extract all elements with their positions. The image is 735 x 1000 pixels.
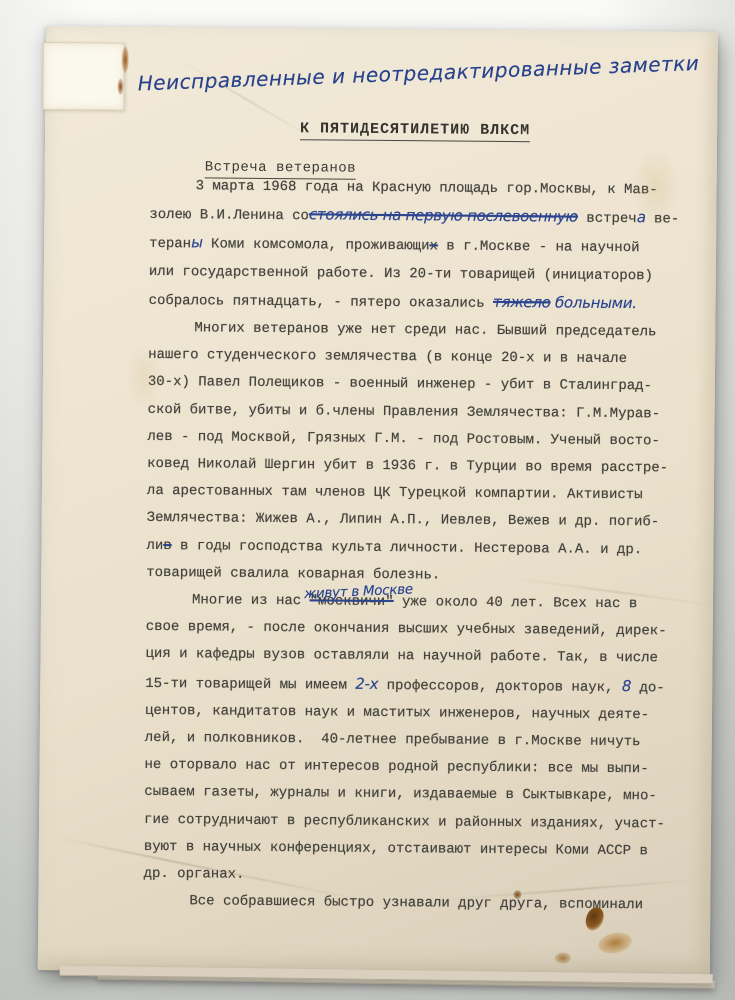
typed-text: до- <box>631 680 665 696</box>
typed-text: ция и кафедры вузов оставляли на научной… <box>145 646 658 666</box>
text-line: сываем газеты, журналы и книги, издаваем… <box>144 779 689 811</box>
text-line: ция и кафедры вузов оставляли на научной… <box>145 641 690 673</box>
handwritten-correction: ы <box>191 234 203 252</box>
typed-body: 3 марта 1968 года на Красную площадь гор… <box>143 173 694 920</box>
typed-text: Многих ветеранов уже нет среди нас. Бывш… <box>194 320 656 340</box>
text-line: 15-ти товарищей мы имеем 2-х профессоров… <box>145 669 690 703</box>
handwritten-correction-above: живут в Москве <box>303 576 413 608</box>
typed-text: профессоров, докторов наук, <box>378 678 622 696</box>
typed-text: нашего студенческого землячества (в конц… <box>148 347 627 367</box>
typed-text: Многие из нас <box>192 592 310 609</box>
typed-text: Все собравшиеся быстро узнавали друг дру… <box>189 894 643 914</box>
typed-text: центов, кандитатов наук и маститых инжен… <box>145 703 649 723</box>
typed-text: золею В.И.Ленина со <box>149 207 309 224</box>
document-title: К ПЯТИДЕСЯТИЛЕТИЮ ВЛКСМ <box>150 119 680 141</box>
text-line: тераны Коми комсомола, проживающих в г.М… <box>149 229 694 263</box>
typed-text: 15-ти товарищей мы имеем <box>145 676 355 694</box>
typed-text: 3 марта 1968 года на Красную площадь гор… <box>196 178 658 198</box>
typed-text: Коми комсомола, проживающи <box>203 237 430 255</box>
typed-text: ве- <box>646 211 680 227</box>
typed-text: лев - под Москвой, Грязных Г.М. - под Ро… <box>147 429 660 449</box>
typed-text: собралось пятнадцать, - пятеро оказались <box>149 293 494 312</box>
typed-text: в годы господства культа личности. Несте… <box>172 538 643 558</box>
text-line: Землячества: Жижев А., Липин А.П., Иевле… <box>147 505 692 537</box>
handwritten-correction: тяжело <box>493 293 551 312</box>
document-title-text: К ПЯТИДЕСЯТИЛЕТИЮ ВЛКСМ <box>300 120 530 142</box>
rust-stain <box>122 47 129 73</box>
handwritten-correction: 8 <box>622 677 631 695</box>
typed-text: в г.Москве - на научной <box>438 239 640 257</box>
handwritten-correction: 2-х <box>355 674 378 692</box>
typed-text: 30-х) Павел Полещиков - военный инженер … <box>148 374 652 394</box>
text-line: собралось пятнадцать, - пятеро оказались… <box>148 286 693 320</box>
typed-text: ковед Николай Шергин убит в 1936 г. в Ту… <box>147 456 668 477</box>
typed-text: Землячества: Жижев А., Липин А.П., Иевле… <box>147 510 660 530</box>
struck-typed-text: х <box>429 239 438 255</box>
typed-text: гие сотрудничают в республиканских и рай… <box>144 812 665 833</box>
handwritten-correction: больными. <box>550 293 636 312</box>
stain <box>555 952 571 963</box>
typed-text: ской битве, убиты и б.члены Правления Зе… <box>148 402 661 422</box>
typed-text: ли <box>146 538 163 554</box>
handwritten-header-note: Неисправленные и неотредактированные зам… <box>137 54 608 95</box>
typed-text: теран <box>149 236 191 252</box>
typed-text: встреч <box>578 211 637 228</box>
text-line: 30-х) Павел Полещиков - военный инженер … <box>148 369 693 401</box>
struck-typed-text: "москвичи"живут в Москве <box>310 593 394 610</box>
typed-text: не оторвало нас от интересов родной респ… <box>144 757 648 777</box>
handwritten-correction: стоялись на первую послевоенную <box>309 206 578 226</box>
text-line: золею В.И.Ленина состоялись на первую по… <box>149 200 694 234</box>
stain <box>596 930 633 956</box>
text-line: Все собравшиеся быстро узнавали друг дру… <box>143 888 688 920</box>
typed-text: ла арестованных там членов ЦК Турецкой к… <box>147 483 643 503</box>
document-page: Неисправленные и неотредактированные зам… <box>38 26 718 976</box>
typed-text: сываем газеты, журналы и книги, издаваем… <box>144 784 657 804</box>
typed-text: вуют в научных конференциях, отстаивают … <box>144 839 648 859</box>
tape-patch <box>42 42 125 111</box>
photo-of-document: { "colors": { "paper": "#ece3cf", "backd… <box>0 0 735 1000</box>
typed-text: свое время, - после окончания высших уче… <box>146 619 667 640</box>
typed-text: лей, и полковников. 40-летнее пребывание… <box>145 730 641 750</box>
typed-text: др. органах. <box>144 866 245 883</box>
typed-text: или государственной работе. Из 20-ти тов… <box>149 264 653 284</box>
typed-text: уже около 40 лет. Всех нас в <box>394 594 638 612</box>
